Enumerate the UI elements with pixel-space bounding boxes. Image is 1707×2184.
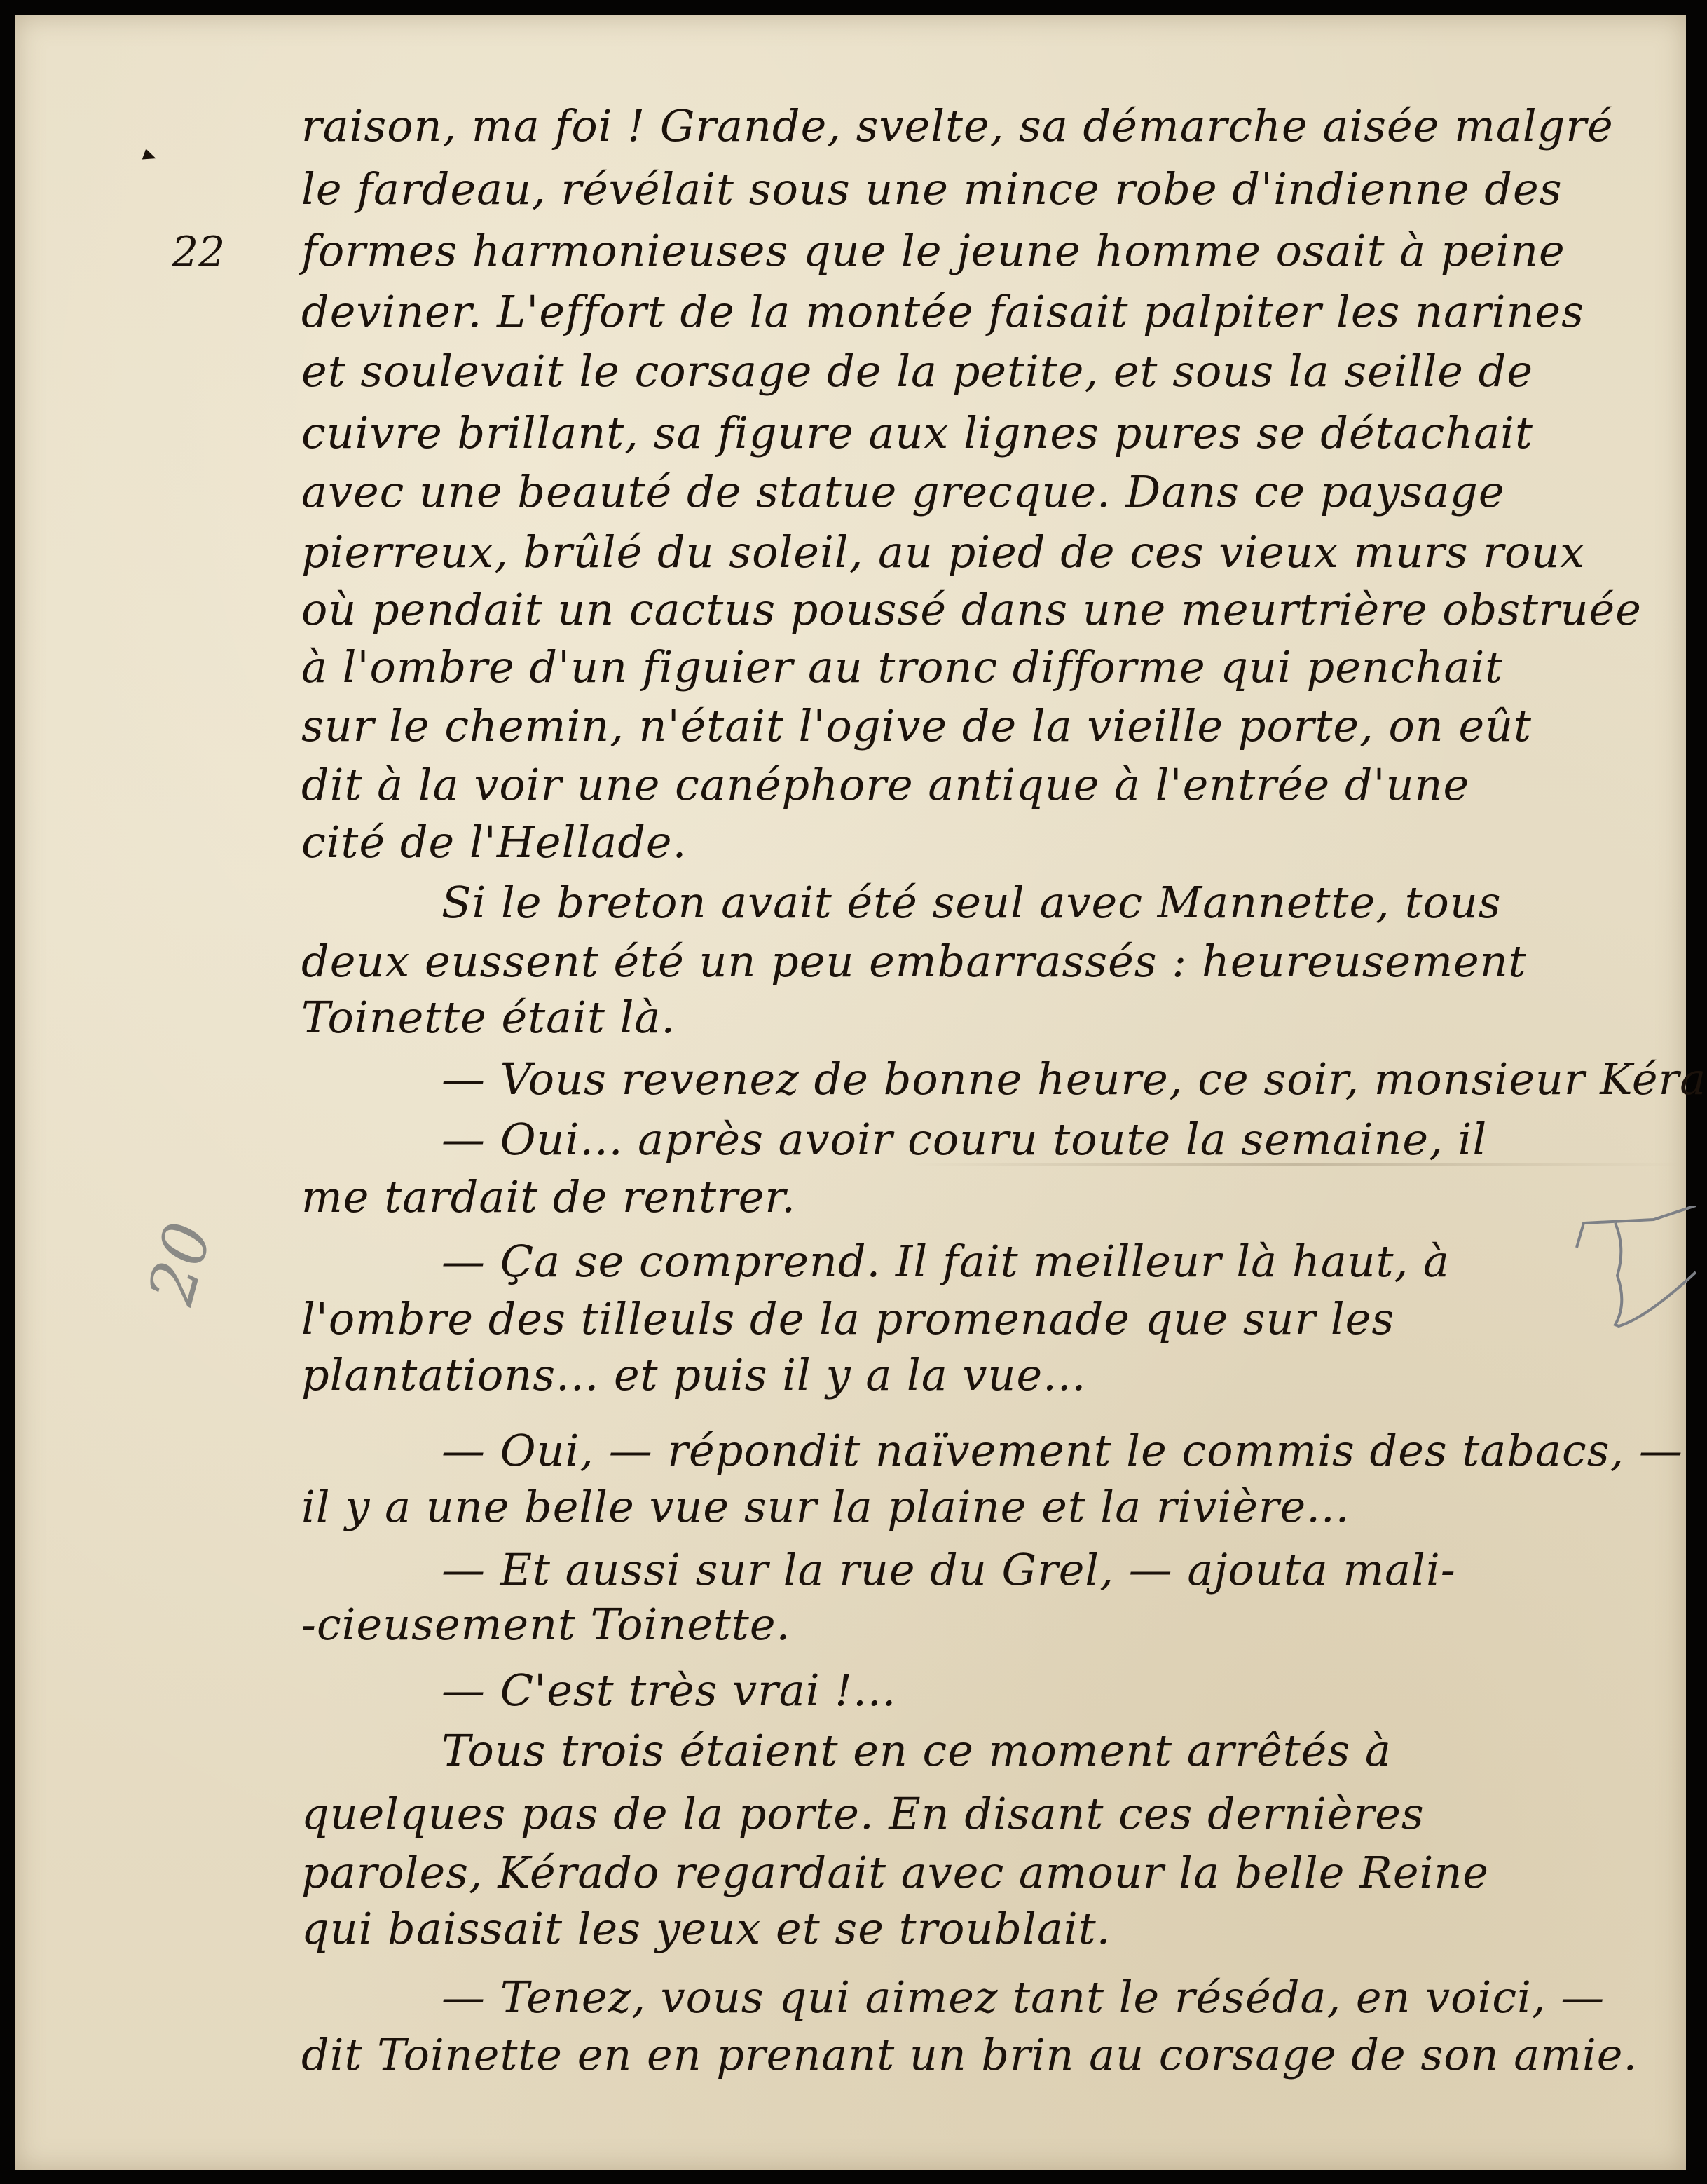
- text-line: l'ombre des tilleuls de la promenade que…: [301, 1291, 1675, 1347]
- text-line: dit à la voir une canéphore antique à l'…: [301, 757, 1675, 813]
- text-line: il y a une belle vue sur la plaine et la…: [301, 1479, 1675, 1535]
- text-line: me tardait de rentrer.: [301, 1169, 1675, 1225]
- text-line: raison, ma foi ! Grande, svelte, sa déma…: [301, 98, 1675, 154]
- text-line: plantations... et puis il y a la vue...: [301, 1347, 1675, 1403]
- text-line: cité de l'Hellade.: [301, 814, 1675, 871]
- dialogue-line: — Et aussi sur la rue du Grel, — ajouta …: [441, 1542, 1675, 1598]
- text-line: -cieusement Toinette.: [301, 1597, 1675, 1653]
- text-line: où pendait un cactus poussé dans une meu…: [301, 582, 1675, 638]
- dialogue-line: — Tenez, vous qui aimez tant le réséda, …: [441, 1970, 1675, 2026]
- text-line: formes harmonieuses que le jeune homme o…: [301, 223, 1675, 279]
- text-line: sur le chemin, n'était l'ogive de la vie…: [301, 698, 1675, 754]
- text-line: quelques pas de la porte. En disant ces …: [301, 1786, 1675, 1842]
- text-line: paroles, Kérado regardait avec amour la …: [301, 1845, 1675, 1901]
- text-line: Tous trois étaient en ce moment arrêtés …: [441, 1723, 1675, 1779]
- text-line: à l'ombre d'un figuier au tronc difforme…: [301, 639, 1675, 695]
- dialogue-line: — Oui, — répondit naïvement le commis de…: [441, 1423, 1675, 1479]
- text-line: cuivre brillant, sa figure aux lignes pu…: [301, 405, 1675, 461]
- text-line: et soulevait le corsage de la petite, et…: [301, 343, 1675, 400]
- text-line: le fardeau, révélait sous une mince robe…: [301, 161, 1675, 217]
- dialogue-line: — Oui... après avoir couru toute la sema…: [441, 1112, 1675, 1168]
- text-line: pierreux, brûlé du soleil, au pied de ce…: [301, 524, 1675, 580]
- scan-frame: 22 20 raison, ma foi ! Grande, svelte, s…: [0, 0, 1707, 2184]
- text-line: Si le breton avait été seul avec Mannett…: [441, 875, 1675, 931]
- dialogue-line: — C'est très vrai !...: [441, 1663, 1675, 1719]
- text-line: Toinette était là.: [301, 990, 1675, 1046]
- dialogue-line: — Vous revenez de bonne heure, ce soir, …: [441, 1051, 1675, 1107]
- page-number: 22: [172, 228, 225, 277]
- text-line: dit Toinette en en prenant un brin au co…: [301, 2027, 1675, 2083]
- text-line: deviner. L'effort de la montée faisait p…: [301, 284, 1675, 340]
- text-line: deux eussent été un peu embarrassés : he…: [301, 934, 1675, 990]
- dialogue-line: — Ça se comprend. Il fait meilleur là ha…: [441, 1234, 1675, 1290]
- text-line: avec une beauté de statue grecque. Dans …: [301, 464, 1675, 520]
- text-line: qui baissait les yeux et se troublait.: [301, 1901, 1675, 1957]
